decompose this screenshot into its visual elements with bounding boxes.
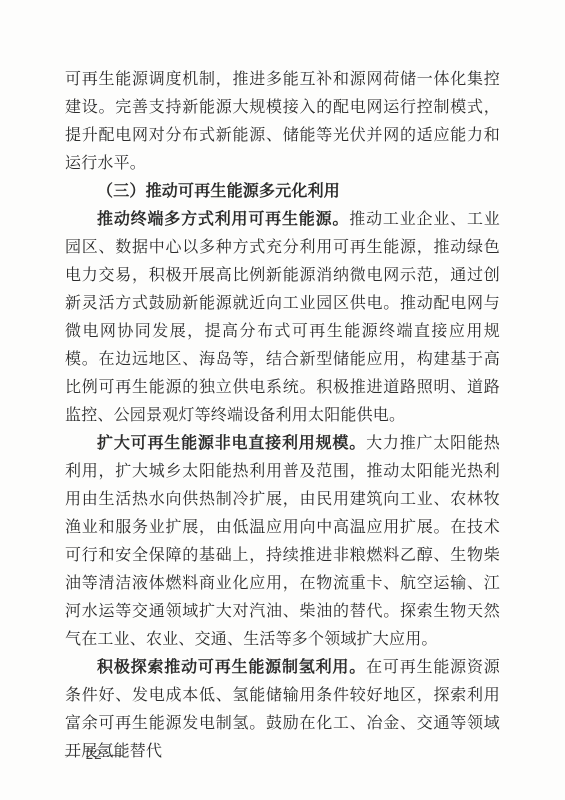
page-number: — 22 — [65, 747, 124, 763]
paragraph-lead: 积极探索推动可再生能源制氢利用。 [97, 659, 366, 676]
paragraph-lead: 扩大可再生能源非电直接利用规模。 [97, 435, 366, 452]
paragraph-text: 推动工业企业、工业园区、数据中心以多种方式充分利用可再生能源，推动绿色电力交易，… [65, 211, 500, 424]
body-paragraph: 扩大可再生能源非电直接利用规模。大力推广太阳能热利用，扩大城乡太阳能热利用普及范… [65, 430, 500, 654]
paragraph-lead: 推动终端多方式利用可再生能源。 [97, 211, 349, 228]
page-footer: — 22 — [65, 746, 124, 764]
section-heading: （三）推动可再生能源多元化利用 [65, 178, 500, 206]
document-body: 可再生能源调度机制，推进多能互补和源网荷储一体化集控建设。完善支持新能源大规模接… [65, 66, 500, 766]
paragraph-continuation: 可再生能源调度机制，推进多能互补和源网荷储一体化集控建设。完善支持新能源大规模接… [65, 66, 500, 178]
body-paragraph: 推动终端多方式利用可再生能源。推动工业企业、工业园区、数据中心以多种方式充分利用… [65, 206, 500, 430]
document-page: 可再生能源调度机制，推进多能互补和源网荷储一体化集控建设。完善支持新能源大规模接… [0, 0, 565, 800]
paragraph-text: 大力推广太阳能热利用，扩大城乡太阳能热利用普及范围，推动太阳能光热利用由生活热水… [65, 435, 500, 648]
body-paragraph: 积极探索推动可再生能源制氢利用。在可再生能源资源条件好、发电成本低、氢能储输用条… [65, 654, 500, 766]
